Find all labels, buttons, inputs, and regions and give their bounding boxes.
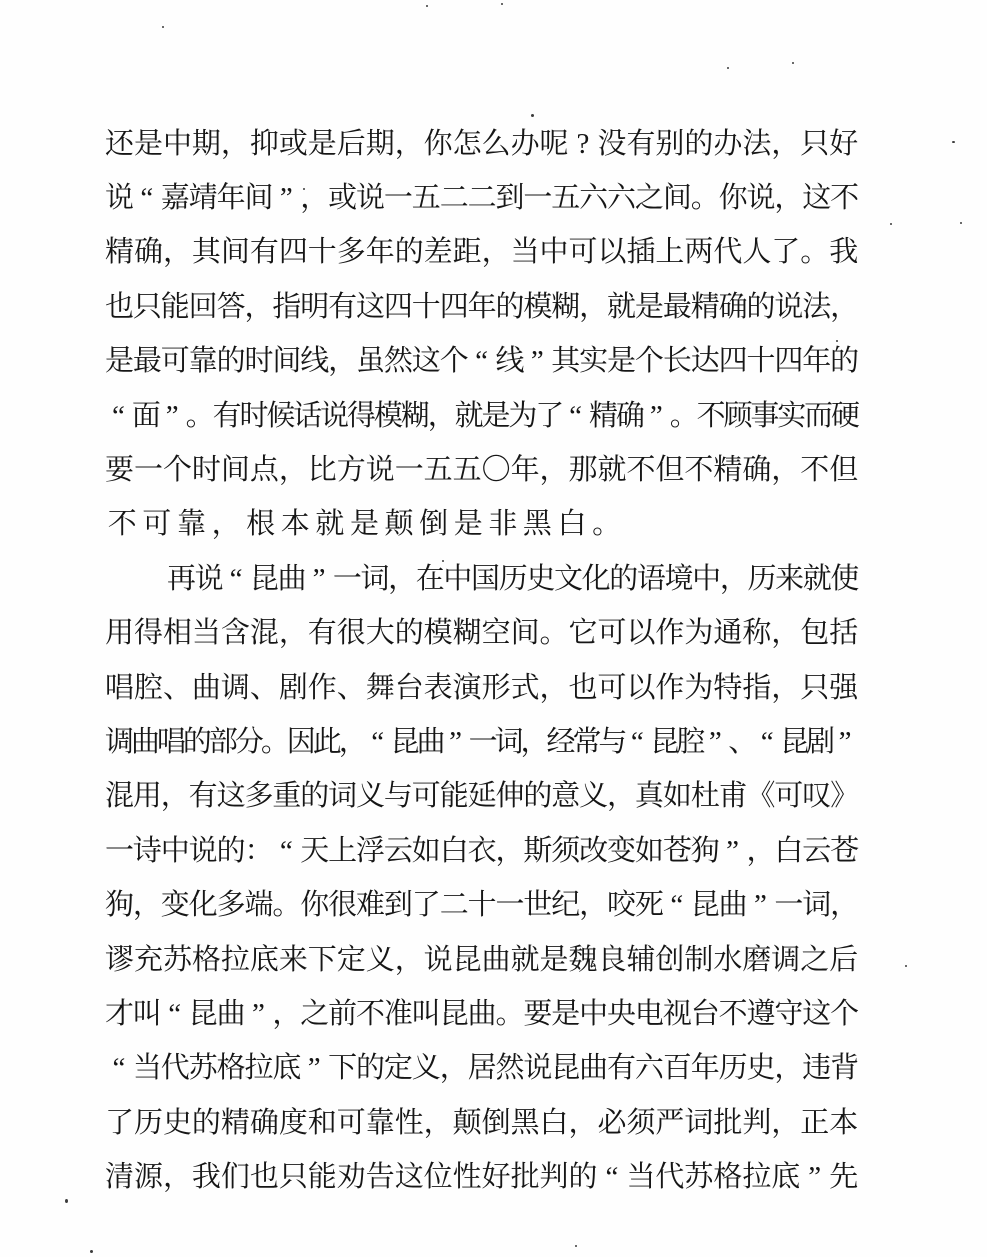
text-line: 要一个时间点，比方说一五五〇年，那就不但不精确，不但 — [105, 443, 858, 497]
scan-speckle — [442, 560, 444, 562]
scan-speckle — [90, 1250, 93, 1253]
scan-speckle — [501, 3, 503, 5]
scan-speckle — [575, 1245, 577, 1247]
text-line: 是最可靠的时间线，虽然这个“线”其实是个长达四十四年的 — [105, 335, 858, 389]
scan-speckle — [162, 26, 164, 28]
page-text: 还是中期，抑或是后期，你怎么办呢?没有别的办法，只好说“嘉靖年间”，或说一五二二… — [105, 117, 858, 1205]
scanned-page: 还是中期，抑或是后期，你怎么办呢?没有别的办法，只好说“嘉靖年间”，或说一五二二… — [0, 0, 987, 1257]
text-line: 再说“昆曲”一词，在中国历史文化的语境中，历来就使 — [105, 552, 858, 606]
text-line: 也只能回答，指明有这四十四年的模糊，就是最精确的说法， — [105, 280, 858, 334]
scan-speckle — [669, 187, 671, 189]
text-line: “当代苏格拉底”下的定义，居然说昆曲有六百年历史，违背 — [105, 1042, 858, 1096]
text-line: 一诗中说的：“天上浮云如白衣，斯须改变如苍狗”，白云苍 — [105, 824, 858, 878]
scan-speckle — [890, 223, 892, 225]
scan-speckle — [65, 1199, 68, 1203]
scan-speckle — [836, 340, 838, 342]
text-line: “面”。有时候话说得模糊，就是为了“精确”。不顾事实而硬 — [105, 389, 858, 443]
scan-speckle — [905, 965, 907, 967]
text-line: 调曲唱的部分。因此，“昆曲”一词，经常与“昆腔”、“昆剧” — [105, 715, 858, 769]
text-line: 清源，我们也只能劝告这位性好批判的“当代苏格拉底”先 — [105, 1150, 858, 1204]
scan-speckle — [303, 188, 305, 190]
text-line: 狗，变化多端。你很难到了二十一世纪，咬死“昆曲”一词， — [105, 878, 858, 932]
text-line: 精确，其间有四十多年的差距，当中可以插上两代人了。我 — [105, 226, 858, 280]
text-line: 才叫“昆曲”，之前不准叫昆曲。要是中央电视台不遵守这个 — [105, 987, 858, 1041]
text-line: 唱腔、曲调、剧作、舞台表演形式，也可以作为特指，只强 — [105, 661, 858, 715]
text-line: 谬充苏格拉底来下定义，说昆曲就是魏良辅创制水磨调之后 — [105, 933, 858, 987]
scan-speckle — [426, 5, 428, 7]
scan-speckle — [952, 141, 955, 143]
text-line: 用得相当含混，有很大的模糊空间。它可以作为通称，包括 — [105, 607, 858, 661]
text-line: 还是中期，抑或是后期，你怎么办呢?没有别的办法，只好 — [105, 117, 858, 171]
text-line: 了历史的精确度和可靠性，颠倒黑白，必须严词批判，正本 — [105, 1096, 858, 1150]
scan-speckle — [727, 67, 729, 69]
text-line: 混用，有这多重的词义与可能延伸的意义，真如杜甫《可叹》 — [105, 770, 858, 824]
text-line: 说“嘉靖年间”，或说一五二二到一五六六之间。你说，这不 — [105, 171, 858, 225]
scan-speckle — [960, 222, 962, 224]
text-line: 不可靠，根本就是颠倒是非黑白。 — [105, 498, 858, 552]
scan-speckle — [531, 114, 534, 117]
scan-speckle — [792, 62, 794, 64]
